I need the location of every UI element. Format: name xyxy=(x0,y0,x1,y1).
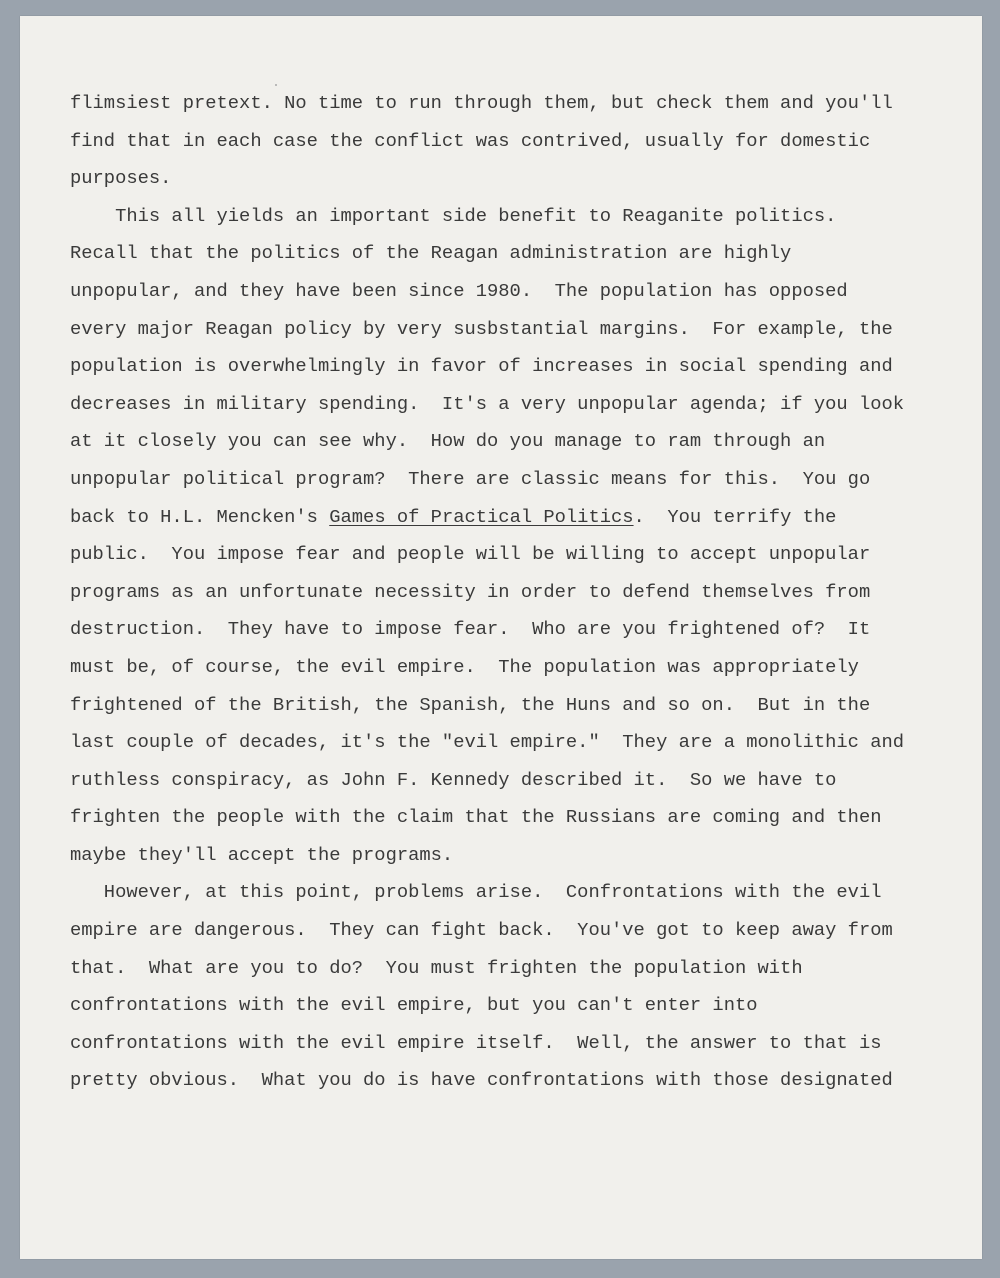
text-line: empire are dangerous. They can fight bac… xyxy=(70,912,970,950)
text-run: must be, of course, the evil empire. The… xyxy=(70,656,859,678)
text-run: However, at this point, problems arise. … xyxy=(70,881,881,903)
text-line: must be, of course, the evil empire. The… xyxy=(70,649,970,687)
text-line: unpopular, and they have been since 1980… xyxy=(70,273,970,311)
text-run: empire are dangerous. They can fight bac… xyxy=(70,919,893,941)
text-line: purposes. xyxy=(70,160,970,198)
text-line: flimsiest pretext. No time to run throug… xyxy=(70,85,970,123)
text-line: unpopular political program? There are c… xyxy=(70,461,970,499)
text-line: that. What are you to do? You must frigh… xyxy=(70,950,970,988)
text-run: every major Reagan policy by very susbst… xyxy=(70,318,893,340)
text-run: population is overwhelmingly in favor of… xyxy=(70,355,893,377)
text-run: pretty obvious. What you do is have conf… xyxy=(70,1069,893,1091)
text-run: Recall that the politics of the Reagan a… xyxy=(70,242,791,264)
text-run: last couple of decades, it's the "evil e… xyxy=(70,731,904,753)
text-run: confrontations with the evil empire, but… xyxy=(70,994,758,1016)
text-line: maybe they'll accept the programs. xyxy=(70,837,970,875)
text-run: unpopular political program? There are c… xyxy=(70,468,870,490)
text-run: find that in each case the conflict was … xyxy=(70,130,870,152)
text-line: destruction. They have to impose fear. W… xyxy=(70,611,970,649)
text-run: decreases in military spending. It's a v… xyxy=(70,393,904,415)
text-line: ruthless conspiracy, as John F. Kennedy … xyxy=(70,762,970,800)
text-run: back to H.L. Mencken's xyxy=(70,506,329,528)
text-run: . You terrify the xyxy=(634,506,837,528)
text-line: every major Reagan policy by very susbst… xyxy=(70,311,970,349)
text-line: confrontations with the evil empire, but… xyxy=(70,987,970,1025)
text-run: that. What are you to do? You must frigh… xyxy=(70,957,803,979)
typewritten-page: flimsiest pretext. No time to run throug… xyxy=(20,16,982,1259)
text-line: However, at this point, problems arise. … xyxy=(70,874,970,912)
text-run: This all yields an important side benefi… xyxy=(70,205,836,227)
text-run: maybe they'll accept the programs. xyxy=(70,844,453,866)
book-title: Games of Practical Politics xyxy=(329,506,633,528)
text-run: at it closely you can see why. How do yo… xyxy=(70,430,825,452)
text-line: confrontations with the evil empire itse… xyxy=(70,1025,970,1063)
text-line: frightened of the British, the Spanish, … xyxy=(70,687,970,725)
text-line: pretty obvious. What you do is have conf… xyxy=(70,1062,970,1100)
text-run: ruthless conspiracy, as John F. Kennedy … xyxy=(70,769,836,791)
text-line: programs as an unfortunate necessity in … xyxy=(70,574,970,612)
text-line: Recall that the politics of the Reagan a… xyxy=(70,235,970,273)
text-line: last couple of decades, it's the "evil e… xyxy=(70,724,970,762)
text-line: population is overwhelmingly in favor of… xyxy=(70,348,970,386)
text-run: unpopular, and they have been since 1980… xyxy=(70,280,848,302)
text-line: public. You impose fear and people will … xyxy=(70,536,970,574)
text-run: destruction. They have to impose fear. W… xyxy=(70,618,870,640)
text-line: decreases in military spending. It's a v… xyxy=(70,386,970,424)
text-run: flimsiest pretext. No time to run throug… xyxy=(70,92,893,114)
text-run: purposes. xyxy=(70,167,171,189)
text-run: confrontations with the evil empire itse… xyxy=(70,1032,881,1054)
text-line: frighten the people with the claim that … xyxy=(70,799,970,837)
text-run: programs as an unfortunate necessity in … xyxy=(70,581,870,603)
text-line: back to H.L. Mencken's Games of Practica… xyxy=(70,499,970,537)
text-line: find that in each case the conflict was … xyxy=(70,123,970,161)
text-run: frighten the people with the claim that … xyxy=(70,806,881,828)
text-line: This all yields an important side benefi… xyxy=(70,198,970,236)
text-run: frightened of the British, the Spanish, … xyxy=(70,694,870,716)
text-run: public. You impose fear and people will … xyxy=(70,543,870,565)
text-line: at it closely you can see why. How do yo… xyxy=(70,423,970,461)
document-body: flimsiest pretext. No time to run throug… xyxy=(70,85,970,1100)
